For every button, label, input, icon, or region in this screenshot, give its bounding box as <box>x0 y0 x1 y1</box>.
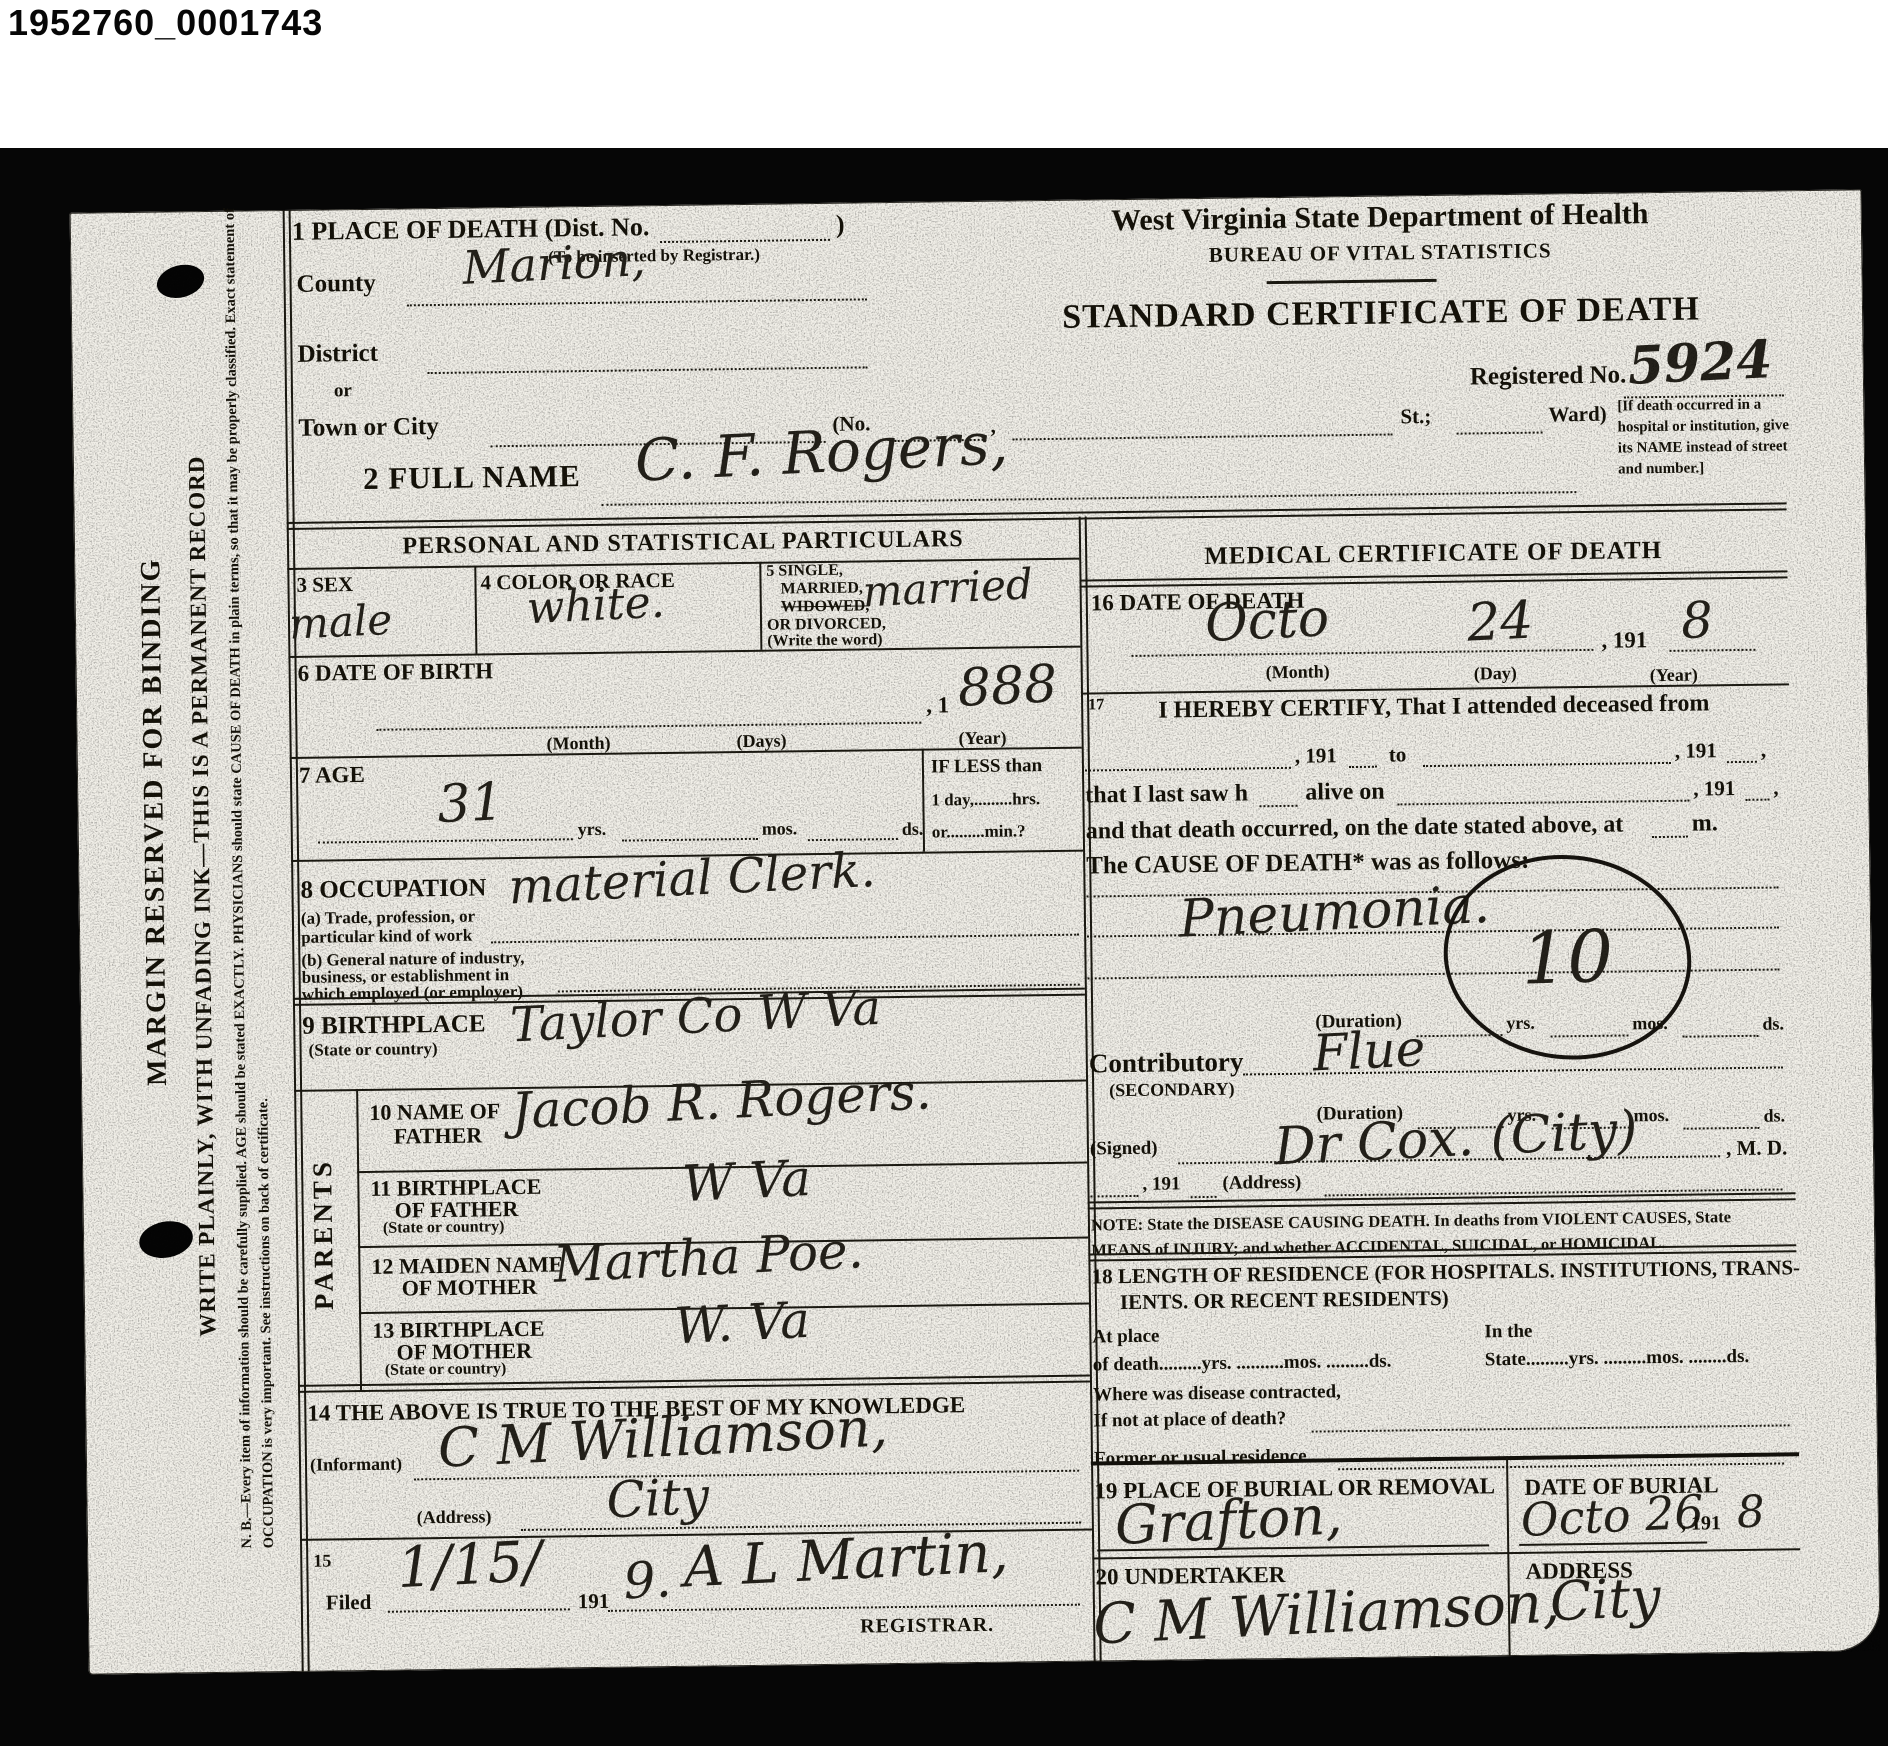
full-name-value: C. F. Rogers, <box>634 414 1010 490</box>
hospital-note: [If death occurred in a hospital or inst… <box>1617 394 1796 480</box>
medical-section-title: MEDICAL CERTIFICATE OF DEATH <box>1079 536 1787 572</box>
place-close-paren: ) <box>836 211 845 238</box>
father-name-label2: FATHER <box>394 1123 483 1147</box>
address-paren-label: (Address) <box>1222 1173 1301 1194</box>
dod-year-line <box>1669 649 1755 652</box>
former-residence-label: Former or usual residence <box>1094 1447 1307 1470</box>
certify-to-line <box>1423 762 1671 767</box>
last-saw-comma: , <box>1773 776 1779 798</box>
marital-line-3: WIDOWED, <box>781 598 870 616</box>
occ-a-line1: (a) Trade, profession, or <box>301 908 475 928</box>
duration2-ds: ds. <box>1763 1106 1785 1125</box>
margin-write-plainly-text: WRITE PLAINLY, WITH UNFADING INK—THIS IS… <box>182 271 223 1521</box>
duration2-mos: mos. <box>1633 1106 1669 1125</box>
duration1-ds-line <box>1683 1035 1759 1038</box>
mother-bp-state-note: (State or country) <box>385 1361 507 1379</box>
color-race-value: white. <box>526 581 666 632</box>
margin-nb-note: N. B.—Every item of information should b… <box>220 203 281 1548</box>
marital-value: married <box>862 563 1034 613</box>
filed-date-value: 1/15/ <box>396 1534 543 1597</box>
filed-label: Filed <box>326 1591 372 1614</box>
bureau-heading: BUREAU OF VITAL STATISTICS <box>1020 237 1740 268</box>
county-value: Marion, <box>461 236 646 291</box>
informant-address-value: City <box>605 1471 710 1526</box>
margin-binding-text: MARGIN RESERVED FOR BINDING <box>134 402 174 1242</box>
marital-line-2: MARRIED, <box>780 580 862 598</box>
dist-no-line <box>660 239 830 243</box>
certify-from-line <box>1085 767 1291 772</box>
contracted-line2: If not at place of death? <box>1093 1409 1286 1431</box>
residence-label-line2: IENTS. OR RECENT RESIDENTS) <box>1120 1287 1449 1313</box>
dod-day-sublabel: (Day) <box>1474 664 1517 683</box>
filed-date-line <box>388 1608 570 1612</box>
registrar-signature: A L Martin, <box>682 1525 1009 1597</box>
burial-year-printed: , 191 <box>1681 1513 1721 1535</box>
duration1-mos: mos. <box>1632 1014 1668 1033</box>
signed-label: (Signed) <box>1090 1139 1158 1160</box>
state-line: State.........yrs. .........mos. .......… <box>1485 1347 1750 1370</box>
date-of-death-line <box>1131 649 1593 657</box>
registrar-line <box>608 1604 1080 1612</box>
burial-year-value: 8 <box>1736 1490 1766 1535</box>
signed-value: Dr Cox. (City) <box>1273 1104 1639 1173</box>
occurred-m-label: m. <box>1692 811 1718 837</box>
document-id: 1952760_0001743 <box>8 2 323 44</box>
dod-year-value: 8 <box>1680 595 1714 646</box>
certify-statement: I HEREBY CERTIFY, That I attended deceas… <box>1158 691 1709 723</box>
certify-number: 17 <box>1088 697 1104 714</box>
stamp-value: 10 <box>1521 920 1615 995</box>
mother-bp-value: W. Va <box>673 1295 811 1351</box>
certify-to: to <box>1389 743 1407 765</box>
mother-name-label2: OF MOTHER <box>402 1275 538 1300</box>
dob-printed-1: , 1 <box>926 693 949 717</box>
informant-label: (Informant) <box>310 1455 402 1475</box>
father-name-label1: 10 NAME OF <box>369 1099 500 1124</box>
at-place-label: At place <box>1092 1327 1159 1348</box>
contracted-answer-line <box>1312 1424 1790 1432</box>
occupation-label: 8 OCCUPATION <box>300 875 486 904</box>
address-191: , 191 <box>1142 1174 1180 1194</box>
age-yrs-label: yrs. <box>578 820 607 839</box>
duration1-yrs-line <box>1416 1034 1502 1037</box>
occ-a-line2: particular kind of work <box>301 927 472 947</box>
county-label: County <box>296 271 376 298</box>
age-ds-label: ds. <box>902 820 924 839</box>
dod-year-sublabel: (Year) <box>1650 666 1698 686</box>
father-bp-state-note: (State or country) <box>383 1219 505 1237</box>
alive-on-line <box>1397 800 1689 806</box>
address-191-line1 <box>1091 1195 1139 1198</box>
parents-vertical-label: PARENTS <box>307 1096 339 1371</box>
marital-line-1: 5 SINGLE, <box>766 563 843 581</box>
ward-line <box>1457 432 1543 435</box>
dob-month-label: (Month) <box>546 734 610 754</box>
age-mos-line <box>622 838 758 842</box>
md-label: , M. D. <box>1726 1136 1788 1159</box>
age-label: 7 AGE <box>299 763 365 788</box>
sex-value: male <box>288 599 393 646</box>
dob-value: 888 <box>957 658 1059 715</box>
or-label: or <box>334 381 352 401</box>
sex-label: 3 SEX <box>296 573 353 596</box>
father-bp-value: W Va <box>681 1153 812 1209</box>
certificate-title: STANDARD CERTIFICATE OF DEATH <box>1021 291 1741 336</box>
medical-title-rule <box>1080 570 1788 587</box>
contracted-line1: Where was disease contracted, <box>1093 1382 1341 1405</box>
age-mos-label: mos. <box>762 819 798 838</box>
filed-number: 15 <box>313 1551 331 1570</box>
of-death-line: of death.........yrs. ..........mos. ...… <box>1093 1352 1392 1376</box>
sex-color-divider <box>474 565 477 653</box>
filed-year-printed: 191 <box>578 1590 610 1612</box>
certify-191c-dots <box>1745 799 1769 801</box>
cause-of-death-label: The CAUSE OF DEATH* was as follows: <box>1086 848 1529 880</box>
certify-comma: , <box>1761 739 1767 761</box>
scanned-death-certificate-view: { "doc_id": "1952760_0001743", "margin":… <box>0 0 1888 1746</box>
dob-line <box>376 722 921 731</box>
ward-label: Ward) <box>1548 403 1607 426</box>
certify-191c: , 191 <box>1693 777 1735 800</box>
dob-year-label: (Year) <box>958 729 1006 749</box>
personal-section-title: PERSONAL AND STATISTICAL PARTICULARS <box>287 526 1079 562</box>
birthplace-label: 9 BIRTHPLACE <box>302 1011 486 1040</box>
burial-place-value: Grafton, <box>1114 1488 1344 1553</box>
duration2-ds-line <box>1684 1127 1760 1130</box>
address-191-dots <box>1191 1196 1217 1198</box>
parents-inner-divider <box>356 1089 362 1391</box>
occ-a-line <box>491 934 1079 944</box>
district-label: District <box>297 341 378 368</box>
contributory-label: Contributory <box>1089 1047 1244 1077</box>
certify-191a-dots <box>1349 766 1377 768</box>
filed-year-value: 9. <box>622 1554 672 1606</box>
registered-no-label: Registered No. <box>1470 362 1627 390</box>
st-label: St.; <box>1400 405 1431 427</box>
age-yrs-line <box>318 838 573 843</box>
birthplace-state-note: (State or country) <box>308 1040 437 1060</box>
day-hrs-label: 1 day,.........hrs. <box>931 790 1040 809</box>
color-marital-divider <box>759 562 762 650</box>
certify-191a: , 191 <box>1295 744 1337 767</box>
if-less-label: IF LESS than <box>931 756 1043 777</box>
dob-days-label: (Days) <box>736 731 786 751</box>
death-occurred-statement: and that death occurred, on the date sta… <box>1086 813 1624 845</box>
street-line-continue <box>1013 433 1393 440</box>
last-saw-label: that I last saw h <box>1085 781 1248 808</box>
occurred-at-dots <box>1652 836 1688 838</box>
if-less-divider <box>922 749 925 852</box>
last-saw-h-dots <box>1259 805 1297 807</box>
certify-191b: , 191 <box>1675 739 1717 762</box>
county-line <box>407 298 867 306</box>
date-of-death-month: Octo <box>1204 592 1330 650</box>
sex-row-bottom <box>288 646 1080 658</box>
age-ds-line <box>808 838 898 841</box>
duration1-ds: ds. <box>1762 1014 1784 1033</box>
burial-date-value: Octo 26 <box>1520 1488 1705 1543</box>
certify-191b-dots <box>1727 761 1757 763</box>
certificate-page: MARGIN RESERVED FOR BINDING WRITE PLAINL… <box>70 189 1881 1674</box>
cause-of-death-value: Pneumonia. <box>1178 879 1491 946</box>
age-value: 31 <box>436 776 505 831</box>
duration1-yrs: yrs. <box>1506 1014 1535 1033</box>
date-of-death-day: 24 <box>1466 595 1535 650</box>
department-heading: West Virginia State Department of Health <box>1020 197 1740 238</box>
former-residence-line <box>1338 1462 1784 1470</box>
secondary-label: (SECONDARY) <box>1109 1080 1235 1101</box>
contributory-value: Flue <box>1312 1023 1427 1078</box>
dob-label: 6 DATE OF BIRTH <box>298 659 494 686</box>
district-line <box>428 366 868 374</box>
dod-month-sublabel: (Month) <box>1266 662 1330 682</box>
full-name-line <box>601 491 1576 506</box>
in-the-label: In the <box>1484 1322 1532 1343</box>
dod-year-printed: , 191 <box>1601 628 1647 653</box>
registrar-label: REGISTRAR. <box>860 1615 994 1638</box>
full-name-label: 2 FULL NAME <box>363 460 581 495</box>
bureau-underline <box>1267 279 1437 284</box>
marital-line-5: (Write the word) <box>767 632 882 650</box>
town-city-label: Town or City <box>298 414 439 442</box>
or-min-label: or.........min.? <box>932 822 1026 841</box>
informant-address-label: (Address) <box>417 1507 492 1527</box>
father-name-value: Jacob R. Rogers. <box>510 1066 932 1136</box>
mother-name-value: Martha Poe. <box>552 1225 864 1290</box>
undertaker-address-value: City <box>1549 1570 1662 1629</box>
alive-on-label: alive on <box>1305 780 1385 806</box>
registered-no-value: 5924 <box>1627 334 1774 393</box>
